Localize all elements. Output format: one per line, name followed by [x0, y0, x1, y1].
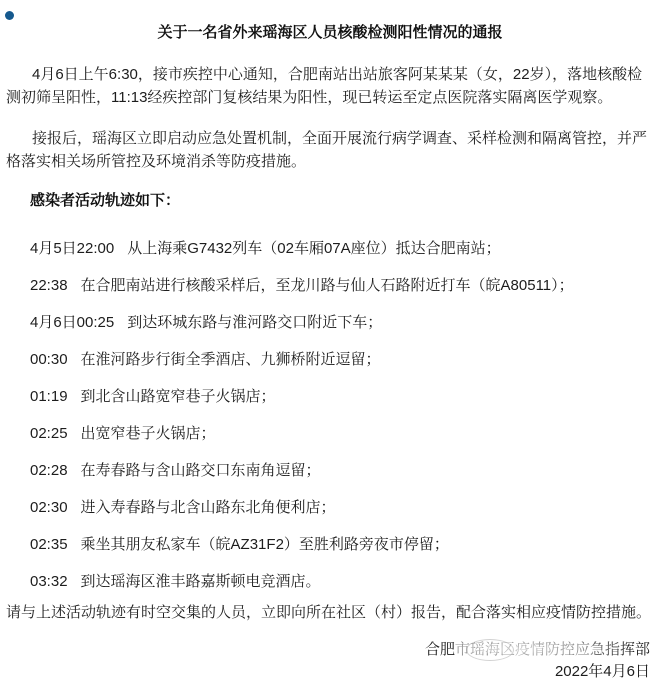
timeline-time: 01:19 [30, 388, 68, 405]
track-heading: 感染者活动轨迹如下： [6, 189, 654, 212]
timeline-desc: 从上海乘G7432列车（02车厢07A座位）抵达合肥南站； [127, 240, 500, 257]
timeline-time: 02:28 [30, 462, 68, 479]
issuer-signature: 合肥市瑶海区疫情防控应急指挥部 [6, 638, 650, 661]
notice-paragraph-1: 4月6日上午6:30，接市疾控中心通知，合肥南站出站旅客阿某某某（女，22岁），… [6, 63, 654, 109]
issue-date: 2022年4月6日 [6, 661, 650, 678]
timeline-entry: 22:38在合肥南站进行核酸采样后，至龙川路与仙人石路附近打车（皖A80511）… [6, 274, 654, 297]
timeline-entry: 01:19到北含山路宽窄巷子火锅店； [6, 385, 654, 408]
timeline-desc: 到达环城东路与淮河路交口附近下车； [127, 314, 382, 331]
timeline-entry: 02:30进入寿春路与北含山路东北角便利店； [6, 496, 654, 519]
timeline-entry: 4月5日22:00从上海乘G7432列车（02车厢07A座位）抵达合肥南站； [6, 237, 654, 260]
timeline-time: 02:25 [30, 425, 68, 442]
timeline-time: 00:30 [30, 351, 68, 368]
timeline-entry: 00:30在淮河路步行街全季酒店、九狮桥附近逗留； [6, 348, 654, 371]
timeline-desc: 乘坐其朋友私家车（皖AZ31F2）至胜利路旁夜市停留； [81, 536, 449, 553]
timeline-desc: 在淮河路步行街全季酒店、九狮桥附近逗留； [81, 351, 381, 368]
timeline-desc: 进入寿春路与北含山路东北角便利店； [81, 499, 336, 516]
timeline-entry: 03:32到达瑶海区淮丰路嘉斯顿电竞酒店。 [6, 570, 654, 593]
timeline-time: 02:35 [30, 536, 68, 553]
timeline-time: 4月6日00:25 [30, 314, 114, 331]
timeline-time: 4月5日22:00 [30, 240, 114, 257]
blue-dot-bullet-icon [5, 11, 14, 20]
timeline-entry: 4月6日00:25到达环城东路与淮河路交口附近下车； [6, 311, 654, 334]
notice-document: 关于一名省外来瑶海区人员核酸检测阳性情况的通报 4月6日上午6:30，接市疾控中… [0, 0, 664, 678]
timeline-desc: 在合肥南站进行核酸采样后，至龙川路与仙人石路附近打车（皖A80511）； [81, 277, 574, 294]
notice-title: 关于一名省外来瑶海区人员核酸检测阳性情况的通报 [6, 24, 654, 42]
timeline-time: 03:32 [30, 573, 68, 590]
notice-paragraph-2: 接报后，瑶海区立即启动应急处置机制，全面开展流行病学调查、采样检测和隔离管控，并… [6, 127, 654, 173]
timeline-time: 22:38 [30, 277, 68, 294]
timeline-desc: 在寿春路与含山路交口东南角逗留； [81, 462, 321, 479]
timeline-entry: 02:35乘坐其朋友私家车（皖AZ31F2）至胜利路旁夜市停留； [6, 533, 654, 556]
signature-block: 合肥市瑶海区疫情防控应急指挥部 2022年4月6日 [6, 638, 654, 678]
timeline-entry: 02:25出宽窄巷子火锅店； [6, 422, 654, 445]
closing-paragraph: 请与上述活动轨迹有时空交集的人员，立即向所在社区（村）报告，配合落实相应疫情防控… [6, 601, 654, 624]
timeline-entry: 02:28在寿春路与含山路交口东南角逗留； [6, 459, 654, 482]
timeline-desc: 到达瑶海区淮丰路嘉斯顿电竞酒店。 [81, 573, 321, 590]
timeline-time: 02:30 [30, 499, 68, 516]
timeline-desc: 出宽窄巷子火锅店； [81, 425, 216, 442]
timeline-desc: 到北含山路宽窄巷子火锅店； [81, 388, 276, 405]
